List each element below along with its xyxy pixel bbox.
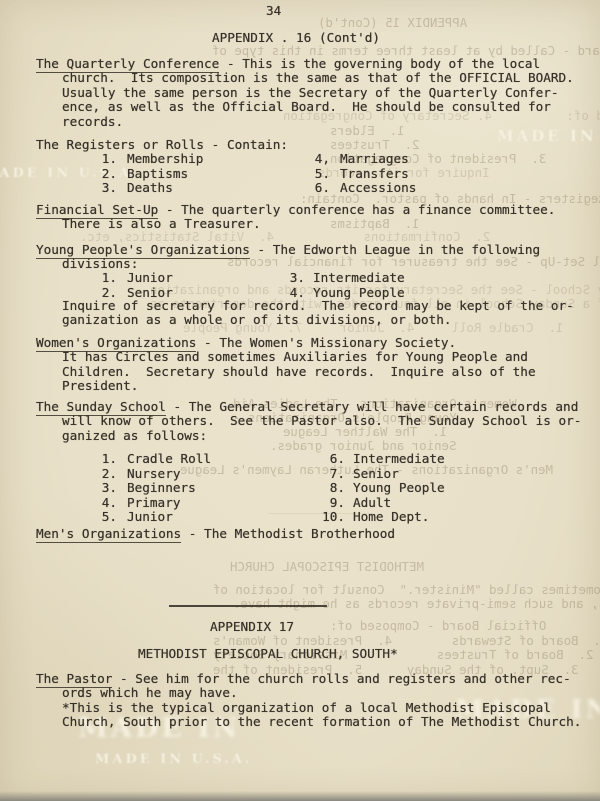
paragraph-line: ence, as well as the Official Board. He … — [62, 100, 574, 114]
list-item-label: Senior — [353, 467, 399, 482]
paragraph-line: Men's Organizations - The Methodist Brot… — [36, 527, 395, 541]
list-number: 1. — [91, 152, 117, 167]
list-row: 2.Nursery7.Senior — [0, 467, 600, 482]
paragraph-text: - The Women's Missionary Society. — [196, 335, 456, 350]
list-number: 2. — [91, 167, 117, 182]
bleedthrough-line: records, and such semi-private records a… — [233, 597, 600, 611]
paragraph-line: President. — [62, 379, 536, 393]
bleedthrough-line: Official Board - Composed of: — [330, 619, 546, 633]
paragraph-text: - The quarterly conference has a finance… — [158, 202, 555, 217]
section-young-peoples-note: Inquire of secretary for record. The rec… — [36, 299, 574, 328]
section-young-peoples: Young People's Organizations - The Edwor… — [36, 243, 540, 272]
bleedthrough-line: APPENDIX 15 (Cont'd) — [318, 16, 467, 30]
list-row: 1.Membership4,Marriages — [0, 152, 600, 167]
section-heading: Men's Organizations — [36, 526, 181, 543]
list-number: 3. — [91, 181, 117, 196]
list-number: 6. — [319, 452, 345, 467]
paragraph-text: - This is the governing body of the loca… — [219, 56, 540, 71]
list-number: 5. — [304, 167, 330, 182]
section-sunday-school: The Sunday School - The General Secretar… — [36, 400, 581, 443]
list-item-label: Young People — [353, 481, 445, 496]
list-item-label: Nursery — [127, 467, 180, 482]
divider-line — [169, 605, 327, 607]
list-row: 2.Baptisms5.Transfers — [0, 167, 600, 182]
list-item-label: Junior — [127, 271, 173, 286]
paper-watermark: MADE IN U.S.A. — [95, 752, 252, 767]
paper-watermark: MADE IN U — [497, 127, 600, 145]
paragraph-text: - See him for the church rolls and regis… — [112, 671, 570, 686]
paragraph-text: - The Edworth League in the following — [250, 242, 540, 257]
list-number: 10. — [319, 510, 345, 525]
paragraph-line: Church, South prior to the recent format… — [62, 715, 581, 729]
paragraph-text: - The Methodist Brotherhood — [181, 526, 395, 541]
paragraph-line: The Pastor - See him for the church roll… — [36, 672, 581, 686]
list-number: 2. — [91, 467, 117, 482]
paragraph-text: - The General Secretary will have certai… — [166, 399, 578, 414]
appendix-16-title: APPENDIX . 16 (Cont'd) — [212, 30, 380, 45]
list-item-label: Cradle Roll — [127, 452, 211, 467]
list-item-label: Accessions — [340, 181, 416, 196]
section-mens: Men's Organizations - The Methodist Brot… — [36, 527, 395, 541]
paragraph-line: It has Circles and sometimes Auxiliaries… — [62, 350, 536, 364]
list-row: 3.Beginners8.Young People — [0, 481, 600, 496]
registers-list: 1.Membership4,Marriages 2.Baptisms5.Tran… — [0, 152, 600, 196]
paragraph-line: The Sunday School - The General Secretar… — [36, 400, 581, 414]
paragraph-line: records. — [62, 115, 574, 129]
list-number: 9. — [319, 496, 345, 511]
paragraph-line: Women's Organizations - The Women's Miss… — [36, 336, 536, 350]
bleedthrough-line: 2. Trustees — [330, 138, 420, 152]
section-quarterly-conference: The Quarterly Conference - This is the g… — [36, 57, 574, 129]
list-item-label: Home Dept. — [353, 510, 429, 525]
section-womens: Women's Organizations - The Women's Miss… — [36, 336, 536, 394]
list-item-label: Intermediate — [313, 271, 405, 286]
list-row: 3.Deaths6.Accessions — [0, 181, 600, 196]
list-number: 6. — [304, 181, 330, 196]
appendix-17-title: APPENDIX 17 — [210, 619, 294, 634]
list-item-label: Beginners — [127, 481, 196, 496]
list-number: 1. — [91, 452, 117, 467]
list-row: 5.Junior10.Home Dept. — [0, 510, 600, 525]
bleedthrough-line: The Pastor - Sometimes called "Minister.… — [213, 583, 600, 597]
young-peoples-list: 1.Junior3.Intermediate 2.Senior4.Young P… — [0, 271, 600, 300]
list-item-label: Intermediate — [353, 452, 445, 467]
appendix-17-subtitle: METHODIST EPISCOPAL CHURCH, SOUTH* — [138, 646, 398, 661]
paragraph-line: The Quarterly Conference - This is the g… — [36, 57, 574, 71]
list-item-label: Transfers — [340, 167, 409, 182]
scan-edge — [0, 791, 600, 801]
list-item-label: Baptisms — [127, 167, 188, 182]
list-item-label: Membership — [127, 152, 203, 167]
list-number: 4. — [91, 496, 117, 511]
section-financial-setup: Financial Set-Up - The quarterly confere… — [36, 203, 555, 232]
list-item-label: Junior — [127, 510, 173, 525]
list-number: 3. — [279, 271, 305, 286]
paragraph-line: ords which he may have. — [62, 686, 581, 700]
section-pastor: The Pastor - See him for the church roll… — [36, 672, 581, 730]
paragraph-line: Children. Secretary should have records.… — [62, 365, 536, 379]
list-item-label: Primary — [127, 496, 180, 511]
list-item-label: Deaths — [127, 181, 173, 196]
list-row: 1.Cradle Roll6.Intermediate — [0, 452, 600, 467]
list-item-label: Adult — [353, 496, 391, 511]
scanned-document-page: MADE IN U MADE IN U.S.A. MADE IN U.S.A. … — [0, 0, 600, 801]
paragraph-line: will know of others. See the Pastor also… — [62, 414, 581, 428]
paragraph-line: ganization as a whole or of its division… — [62, 313, 574, 327]
page-number: 34 — [266, 3, 281, 18]
list-number: 5. — [91, 510, 117, 525]
list-row: 4.Primary9.Adult — [0, 496, 600, 511]
paragraph-line: There is also a Treasurer. — [62, 217, 555, 231]
list-number: 3. — [91, 481, 117, 496]
bleedthrough-line: METHODIST EPISCOPAL CHURCH — [230, 560, 424, 574]
paragraph-line: Inquire of secretary for record. The rec… — [62, 299, 574, 313]
paragraph-line: Usually the same person is the Secretary… — [62, 86, 574, 100]
paragraph-line: church. Its composition is the same as t… — [62, 71, 574, 85]
paragraph-line: Young People's Organizations - The Edwor… — [36, 243, 540, 257]
list-number: 8. — [319, 481, 345, 496]
sunday-school-list: 1.Cradle Roll6.Intermediate 2.Nursery7.S… — [0, 452, 600, 525]
list-item-label: Marriages — [340, 152, 409, 167]
paragraph-line: Financial Set-Up - The quarterly confere… — [36, 203, 555, 217]
paragraph-line: *This is the typical organization of a l… — [62, 701, 581, 715]
list-number: 1. — [91, 271, 117, 286]
paragraph-line: ganized as follows: — [62, 429, 581, 443]
list-number: 4, — [304, 152, 330, 167]
list-number: 7. — [319, 467, 345, 482]
list-row: 1.Junior3.Intermediate — [0, 271, 600, 286]
